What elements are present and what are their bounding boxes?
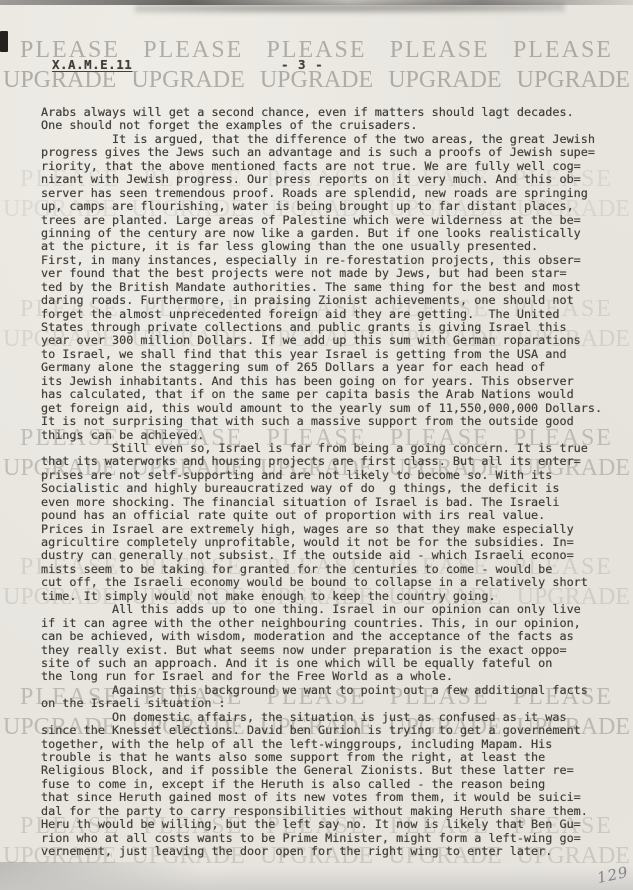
scan-edge-band [0, 0, 633, 5]
body-text: Arabs always will get a second chance, e… [41, 106, 602, 859]
watermark-word: PLEASE [390, 38, 490, 62]
left-edge-ink-mark [0, 31, 8, 52]
scanned-document-page: PLEASEPLEASEPLEASEPLEASEPLEASEUPGRADEUPG… [0, 0, 633, 890]
watermark-word: UPGRADE [388, 68, 501, 92]
watermark-word: PLEASE [513, 38, 613, 62]
watermark-word: UPGRADE [131, 68, 244, 92]
watermark-word: PLEASE [143, 38, 243, 62]
document-reference: X.A.M.E.11 [52, 57, 132, 72]
watermark-word: UPGRADE [517, 68, 630, 92]
page-number: - 3 - [281, 57, 324, 72]
bottom-scan-band [0, 866, 633, 890]
